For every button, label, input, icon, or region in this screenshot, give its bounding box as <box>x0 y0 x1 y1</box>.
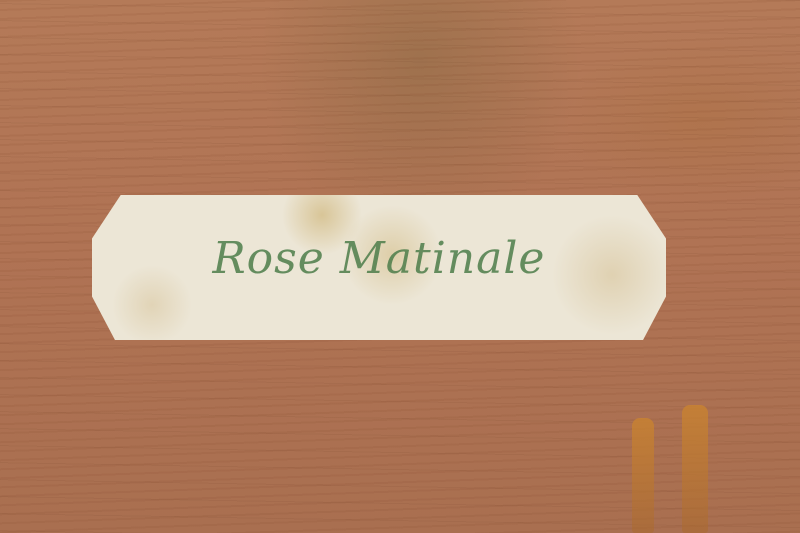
paper-label: Rose Matinale <box>92 195 666 340</box>
drip-stain <box>682 405 708 533</box>
label-script-text: Rose Matinale <box>92 233 666 284</box>
wood-panel: Rose Matinale <box>0 0 800 533</box>
drip-stain <box>632 418 654 533</box>
